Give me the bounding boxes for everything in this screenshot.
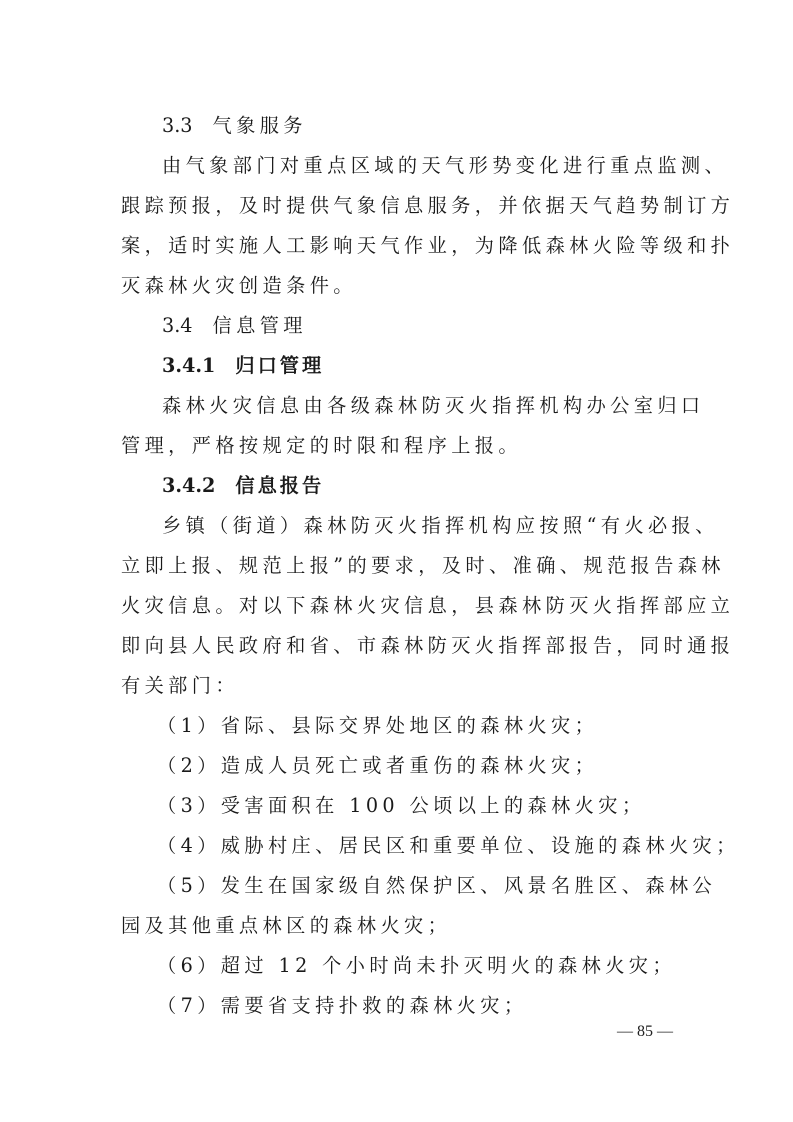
section-title: 信息管理	[213, 314, 307, 337]
list-item-continuation: 园及其他重点林区的森林火灾；	[121, 906, 451, 946]
section-number: 3.3	[162, 114, 193, 137]
list-item: （1）省际、县际交界处地区的森林火灾；	[157, 706, 598, 746]
section-number: 3.4.2	[162, 474, 215, 497]
paragraph-line: 由气象部门对重点区域的天气形势变化进行重点监测、	[162, 146, 728, 186]
paragraph-line: 案，适时实施人工影响天气作业，为降低森林火险等级和扑	[121, 226, 734, 266]
paragraph-line: 即向县人民政府和省、市森林防灭火指挥部报告，同时通报	[121, 626, 734, 666]
paragraph-line: 有关部门：	[121, 666, 239, 706]
page-number: — 85 —	[617, 1023, 673, 1041]
list-item: （6）超过 12 个小时尚未扑灭明火的森林火灾；	[157, 946, 676, 986]
paragraph-line: 灭森林火灾创造条件。	[121, 266, 357, 306]
list-item: （5）发生在国家级自然保护区、风景名胜区、森林公	[157, 866, 716, 906]
list-item: （4）威胁村庄、居民区和重要单位、设施的森林火灾；	[157, 826, 740, 866]
paragraph-line: 森林火灾信息由各级森林防灭火指挥机构办公室归口	[162, 386, 705, 426]
section-number: 3.4	[162, 314, 193, 337]
paragraph-line: 跟踪预报，及时提供气象信息服务，并依据天气趋势制订方	[121, 186, 734, 226]
section-heading-3-3: 3.3气象服务	[162, 106, 307, 146]
section-number: 3.4.1	[162, 354, 215, 377]
paragraph-line: 管理，严格按规定的时限和程序上报。	[121, 426, 522, 466]
section-title: 归口管理	[235, 354, 324, 377]
section-heading-3-4: 3.4信息管理	[162, 306, 307, 346]
section-heading-3-4-2: 3.4.2信息报告	[162, 466, 324, 506]
paragraph-line: 立即上报、规范上报”的要求，及时、准确、规范报告森林	[121, 546, 725, 586]
paragraph-line: 火灾信息。对以下森林火灾信息，县森林防灭火指挥部应立	[121, 586, 734, 626]
section-title: 气象服务	[213, 114, 307, 137]
section-title: 信息报告	[235, 474, 324, 497]
section-heading-3-4-1: 3.4.1归口管理	[162, 346, 324, 386]
list-item: （3）受害面积在 100 公顷以上的森林火灾；	[157, 786, 645, 826]
paragraph-line: 乡镇（街道）森林防灭火指挥机构应按照“有火必报、	[162, 506, 719, 546]
list-item: （2）造成人员死亡或者重伤的森林火灾；	[157, 746, 598, 786]
list-item: （7）需要省支持扑救的森林火灾；	[157, 986, 527, 1026]
